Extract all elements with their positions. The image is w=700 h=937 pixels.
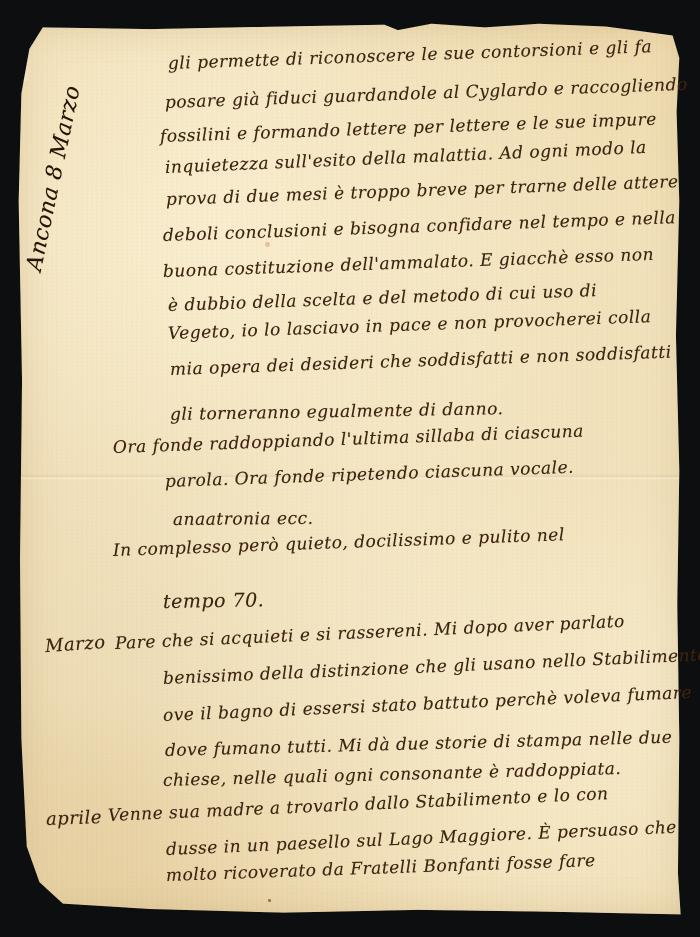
scan-background: Ancona 8 Marzo gli permette di riconosce…	[0, 0, 700, 937]
margin-note-marzo: Marzo	[44, 632, 106, 657]
manuscript-line: anaatronia ecc.	[173, 509, 314, 530]
paper-corner-crease	[18, 42, 30, 82]
manuscript-line: tempo 70.	[163, 589, 265, 613]
margin-note-aprile: aprile	[46, 807, 103, 830]
ink-spot	[268, 899, 271, 902]
ink-spot	[265, 242, 270, 247]
